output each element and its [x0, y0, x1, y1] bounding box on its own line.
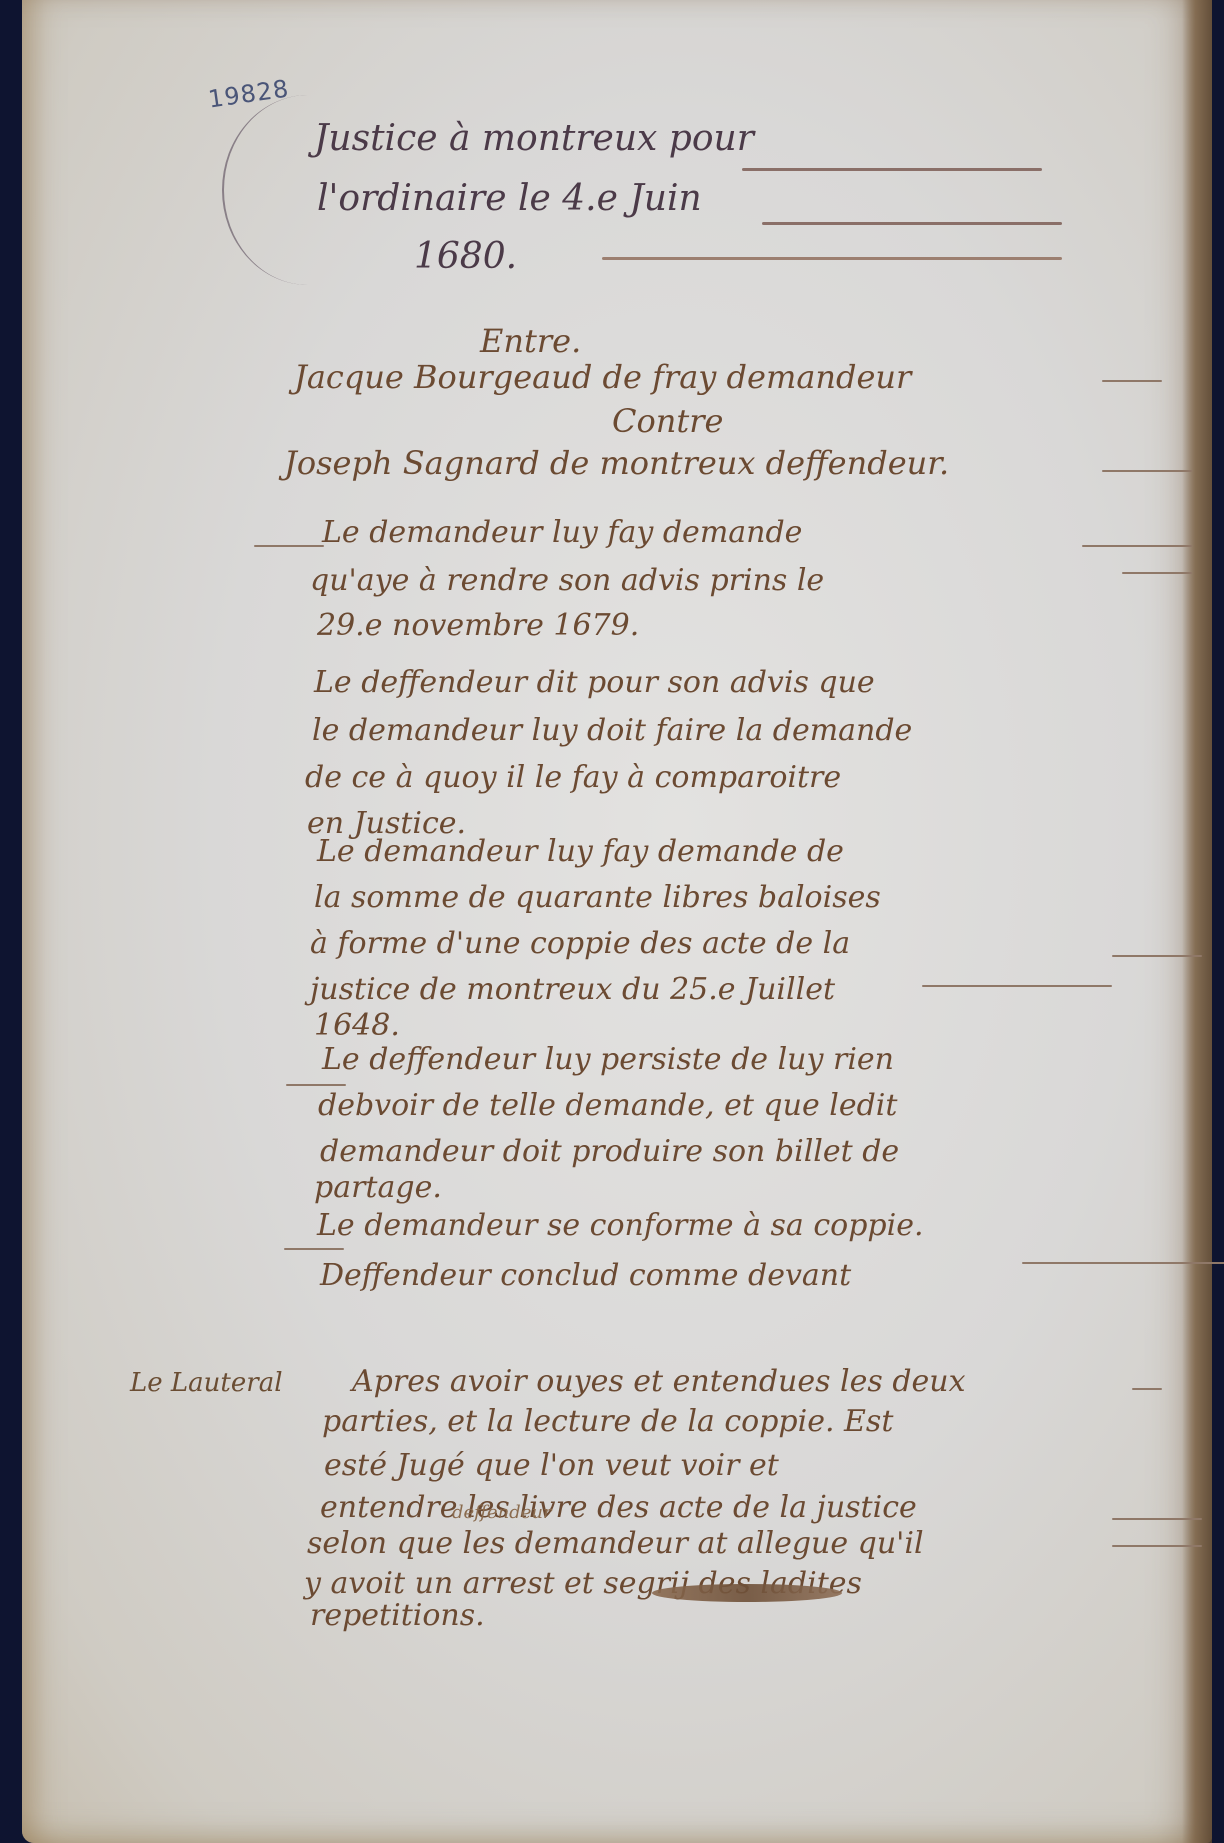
margin-note: Le Lauteral: [130, 1368, 283, 1398]
line-filler: [1082, 545, 1192, 547]
para4-line2: debvoir de telle demande, et que ledit: [318, 1088, 897, 1123]
header-line-3: 1680.: [414, 236, 517, 277]
para3-line5: 1648.: [314, 1008, 400, 1043]
ink-blot: [652, 1584, 842, 1602]
header-rule-3: [602, 257, 1062, 260]
paragraph-lead-stroke: [284, 1248, 344, 1250]
line-filler: [1102, 470, 1192, 472]
line-filler: [1112, 1518, 1202, 1520]
judgment-line3: esté Jugé que l'on veut voir et: [324, 1448, 779, 1483]
judgment-line1: Apres avoir ouyes et entendues les deux: [352, 1364, 966, 1399]
header-line-1: Justice à montreux pour: [314, 118, 754, 159]
contre-label: Contre: [612, 402, 723, 440]
interlinear-correction: deffendeur: [452, 1502, 552, 1523]
para1-line3: 29.e novembre 1679.: [317, 608, 639, 643]
line-filler: [1122, 572, 1192, 574]
judgment-line7: repetitions.: [310, 1598, 485, 1633]
judgment-line4: entendre les livre des acte de la justic…: [320, 1490, 917, 1525]
defendant-line: Joseph Sagnard de montreux deffendeur.: [284, 444, 949, 482]
header-line-2: l'ordinaire le 4.e Juin: [317, 178, 702, 219]
para1-line1: Le demandeur luy fay demande: [322, 515, 802, 550]
line-filler: [1112, 955, 1202, 957]
header-rule-1: [742, 168, 1042, 171]
para4-line4: partage.: [314, 1170, 442, 1205]
para2-line2: le demandeur luy doit faire la demande: [312, 713, 912, 748]
para3-line3: à forme d'une coppie des acte de la: [310, 926, 850, 961]
plaintiff-line: Jacque Bourgeaud de fray demandeur: [294, 358, 911, 396]
paragraph-lead-stroke: [286, 1084, 346, 1086]
line-filler: [922, 985, 1112, 987]
para2-line1: Le deffendeur dit pour son advis que: [314, 665, 875, 700]
header-rule-2: [762, 222, 1062, 225]
para4-line3: demandeur doit produire son billet de: [320, 1134, 899, 1169]
para3-line2: la somme de quarante libres baloises: [314, 880, 881, 915]
torn-right-edge: [1182, 0, 1212, 1843]
manuscript-page: 19828 Justice à montreux pour l'ordinair…: [22, 0, 1212, 1843]
entre-label: Entre.: [480, 322, 581, 360]
line-filler: [1132, 1388, 1162, 1390]
para5-line1: Le demandeur se conforme à sa coppie.: [317, 1208, 924, 1243]
para6-line1: Deffendeur conclud comme devant: [320, 1258, 851, 1293]
para2-line3: de ce à quoy il le fay à comparoitre: [305, 760, 841, 795]
para4-line1: Le deffendeur luy persiste de luy rien: [322, 1042, 894, 1077]
para3-line4: justice de montreux du 25.e Juillet: [310, 972, 835, 1007]
line-filler: [1022, 1262, 1224, 1264]
line-filler: [1112, 1545, 1202, 1547]
paragraph-lead-stroke: [254, 545, 324, 547]
line-filler: [1102, 380, 1162, 382]
para1-line2: qu'aye à rendre son advis prins le: [310, 563, 824, 598]
para3-line1: Le demandeur luy fay demande de: [317, 834, 844, 869]
judgment-line2: parties, et la lecture de la coppie. Est: [322, 1404, 893, 1439]
judgment-line5: selon que les demandeur at allegue qu'il: [307, 1526, 924, 1561]
